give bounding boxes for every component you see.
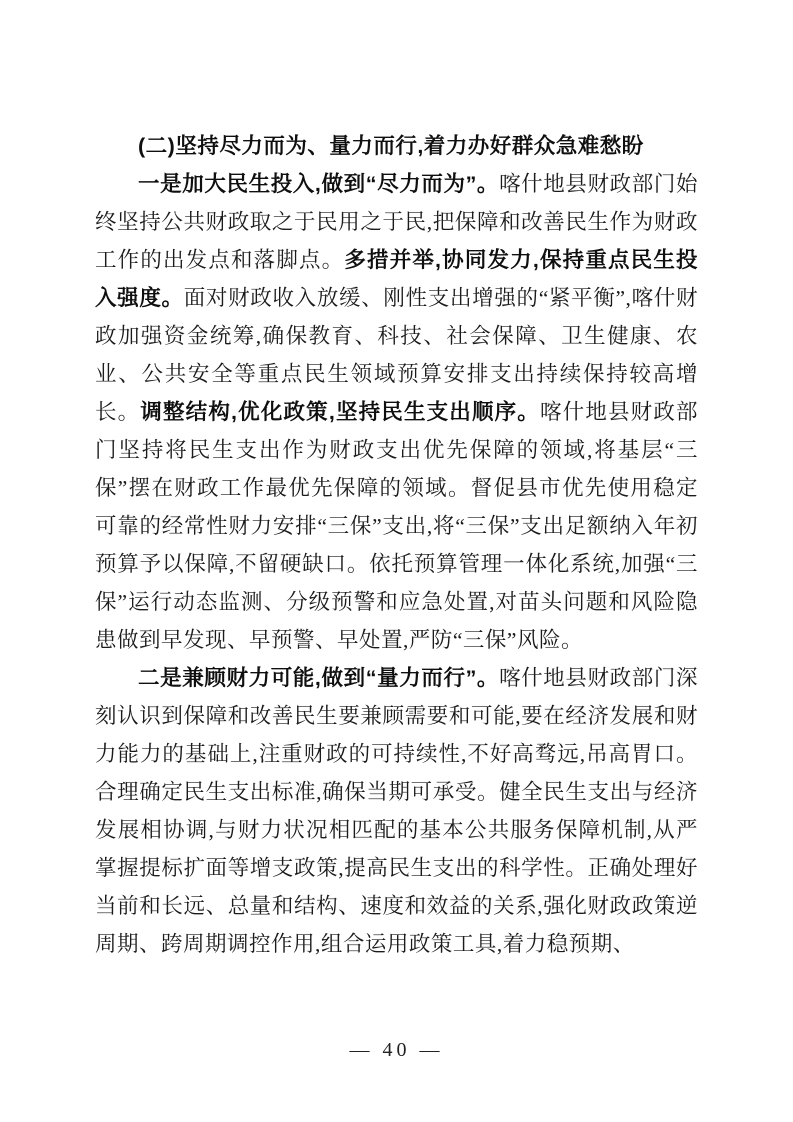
page-number: — 40 —: [350, 1039, 444, 1061]
paragraph: 一是加大民生投入,做到“尽力而为”。喀什地县财政部门始终坚持公共财政取之于民用之…: [95, 165, 698, 659]
body-text: 喀什地县财政部门深刻认识到保障和改善民生要兼顾需要和可能,要在经济发展和财力能力…: [95, 666, 698, 956]
document-page: (二)坚持尽力而为、量力而行,着力办好群众急难愁盼 一是加大民生投入,做到“尽力…: [0, 0, 793, 1122]
emphasis-text: 二是兼顾财力可能,做到“量力而行”。: [138, 666, 499, 690]
page-footer: — 40 —: [0, 1039, 793, 1062]
emphasis-text: 一是加大民生投入,做到“尽力而为”。: [138, 172, 499, 196]
section-heading: (二)坚持尽力而为、量力而行,着力办好群众急难愁盼: [95, 127, 698, 165]
paragraph: 二是兼顾财力可能,做到“量力而行”。喀什地县财政部门深刻认识到保障和改善民生要兼…: [95, 659, 698, 963]
document-body: 一是加大民生投入,做到“尽力而为”。喀什地县财政部门始终坚持公共财政取之于民用之…: [95, 165, 698, 963]
emphasis-text: 调整结构,优化政策,坚持民生支出顺序。: [140, 400, 540, 424]
body-text: 喀什地县财政部门坚持将民生支出作为财政支出优先保障的领域,将基层“三保”摆在财政…: [95, 400, 698, 652]
